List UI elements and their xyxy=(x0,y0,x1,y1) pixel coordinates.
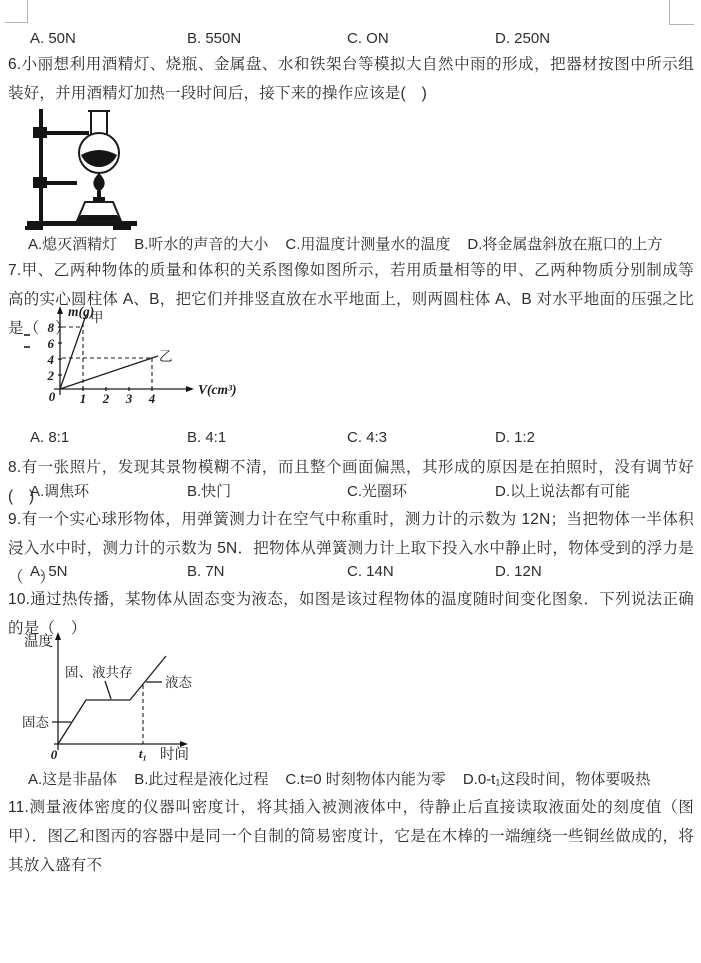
crop-mark-top-left-horizontal xyxy=(5,22,28,23)
axes xyxy=(54,632,188,750)
option-b: B.此过程是液化过程 xyxy=(134,769,268,791)
crop-mark-top-right-horizontal xyxy=(669,24,694,25)
question-7-options-row: A. 8:1 B. 4:1 C. 4:3 D. 1:2 xyxy=(0,427,701,449)
series-yi-label: 乙 xyxy=(159,349,173,364)
question-10-temperature-time-chart: 温度 时间 0 t₁ 固态 固、液共存 液态 xyxy=(10,628,205,770)
option-c: C. 14N xyxy=(347,561,495,583)
option-c: C.光圈环 xyxy=(347,481,495,503)
option-d: D.以上说法都有可能 xyxy=(495,481,701,503)
question-8-options-row: A.调焦环 B.快门 C.光圈环 D.以上说法都有可能 xyxy=(0,481,701,503)
y-axis-label: 温度 xyxy=(24,632,53,650)
document-page: { "colors": { "background": "#ffffff", "… xyxy=(0,0,701,963)
option-a: A. 5N xyxy=(30,561,187,583)
series-yi-line xyxy=(60,356,158,389)
origin-tick: 0 xyxy=(49,389,56,404)
t1-tick: t₁ xyxy=(139,746,147,761)
crop-mark-top-right-vertical xyxy=(669,0,670,24)
flask xyxy=(79,111,119,173)
question-7-mass-volume-chart: m(g) V(cm³) 0 2 4 6 8 1 2 3 4 甲 乙 xyxy=(12,303,237,405)
question-6-options-row: A.熄灭酒精灯 B.听水的声音的大小 C.用温度计测量水的温度 D.将金属盘斜放… xyxy=(28,234,662,256)
option-b: B. 7N xyxy=(187,561,347,583)
prev-question-options-row: A. 50N B. 550N C. ON D. 250N xyxy=(0,28,701,50)
origin-tick: 0 xyxy=(51,747,58,762)
phase-label-solid: 固态 xyxy=(22,715,49,730)
crop-mark-top-left-vertical xyxy=(27,0,28,22)
option-b: B. 550N xyxy=(187,28,347,50)
option-d: D. 1:2 xyxy=(495,427,701,449)
option-b: B.听水的声音的大小 xyxy=(134,234,268,256)
x-tick-1: 1 xyxy=(80,391,87,405)
question-10-options-row: A.这是非晶体 B.此过程是液化过程 C.t=0 时刻物体内能为零 D.0-t₁… xyxy=(28,769,650,791)
series-lines xyxy=(60,315,158,389)
y-tick-4: 4 xyxy=(47,352,55,367)
option-a: A. 50N xyxy=(30,28,187,50)
question-11-stem: 11.测量液体密度的仪器叫密度计，将其插入被测液体中，待静止后直接读取液面处的刻… xyxy=(8,793,694,880)
option-a: A.调焦环 xyxy=(30,481,187,503)
alcohol-lamp xyxy=(77,191,121,221)
axes xyxy=(54,306,194,395)
option-c: C.t=0 时刻物体内能为零 xyxy=(285,769,445,791)
option-d: D.将金属盘斜放在瓶口的上方 xyxy=(467,234,662,256)
option-a: A.这是非晶体 xyxy=(28,769,117,791)
series-jia-label: 甲 xyxy=(90,310,104,325)
series-jia-line xyxy=(60,315,86,389)
x-tick-4: 4 xyxy=(148,391,156,405)
mixed-pointer-line xyxy=(105,681,111,699)
option-d: D. 250N xyxy=(495,28,701,50)
question-9-options-row: A. 5N B. 7N C. 14N D. 12N xyxy=(0,561,701,583)
y-tick-2: 2 xyxy=(47,368,55,383)
x-tick-2: 2 xyxy=(102,391,110,405)
option-c: C. 4:3 xyxy=(347,427,495,449)
flame xyxy=(93,173,104,192)
stray-mark xyxy=(24,346,30,348)
stray-mark xyxy=(24,334,30,336)
option-b: B.快门 xyxy=(187,481,347,503)
option-c: C.用温度计测量水的温度 xyxy=(285,234,450,256)
option-a: A.熄灭酒精灯 xyxy=(28,234,117,256)
option-a: A. 8:1 xyxy=(30,427,187,449)
option-d: D.0-t₁这段时间，物体要吸热 xyxy=(463,769,651,791)
phase-label-liquid: 液态 xyxy=(165,674,192,690)
option-c: C. ON xyxy=(347,28,495,50)
x-tick-3: 3 xyxy=(125,391,133,405)
question-6-stem: 6.小丽想利用酒精灯、烧瓶、金属盘、水和铁架台等模拟大自然中雨的形成，把器材按图… xyxy=(8,50,694,108)
phase-label-mixed: 固、液共存 xyxy=(65,664,133,680)
x-axis-label: V(cm³) xyxy=(198,382,237,397)
y-tick-8: 8 xyxy=(48,320,55,335)
x-axis-label: 时间 xyxy=(160,746,189,763)
y-tick-6: 6 xyxy=(48,336,55,351)
question-6-apparatus-figure xyxy=(15,107,185,237)
option-b: B. 4:1 xyxy=(187,427,347,449)
dashed-guides xyxy=(62,323,152,389)
option-d: D. 12N xyxy=(495,561,701,583)
